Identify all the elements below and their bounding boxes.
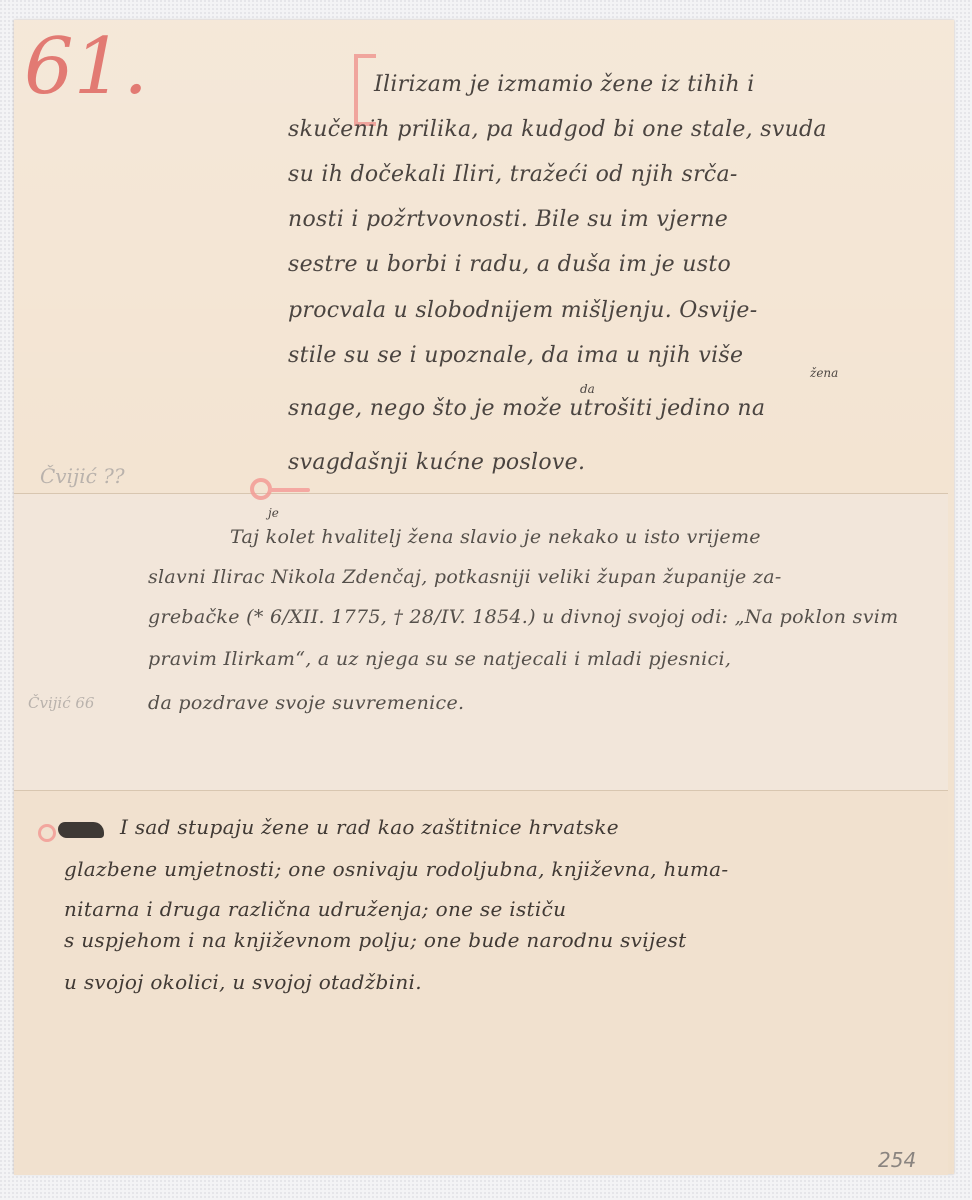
folio-number: 61. (24, 28, 148, 106)
text-line: snage, nego što je može utrošiti jedino … (288, 396, 765, 421)
red-circle-mark-lower (38, 824, 56, 842)
text-line: glazbene umjetnosti; one osnivaju rodolj… (64, 857, 728, 881)
pencil-margin-note-lower: Čvijić 66 (28, 694, 94, 712)
red-circle-tail (268, 488, 310, 492)
text-line: da pozdrave svoje suvremenice. (148, 692, 464, 714)
insertion-je: je (268, 506, 279, 520)
text-line: su ih dočekali Iliri, tražeći od njih sr… (288, 162, 738, 187)
pencil-margin-note-upper: Čvijić ?? (40, 464, 125, 488)
text-line: nitarna i druga različna udruženja; one … (64, 897, 566, 921)
text-line: sestre u borbi i radu, a duša im je usto (288, 252, 731, 277)
text-line: u svojoj okolici, u svojoj otadžbini. (64, 970, 422, 994)
manuscript-sheet (14, 20, 954, 1174)
text-line: procvala u slobodnijem mišljenju. Osvije… (288, 298, 757, 323)
insertion-da: da (580, 382, 595, 396)
text-line: stile su se i upoznale, da ima u njih vi… (288, 343, 743, 368)
text-line: nosti i požrtvovnosti. Bile su im vjerne (288, 207, 728, 232)
text-line: s uspjehom i na književnom polju; one bu… (64, 928, 687, 952)
text-line: svagdašnji kućne poslove. (288, 450, 585, 475)
text-line: slavni Ilirac Nikola Zdenčaj, potkasniji… (148, 566, 782, 588)
page-number: 254 (878, 1148, 916, 1172)
text-line: I sad stupaju ženе u rad kao zaštitnice … (120, 815, 619, 839)
text-line: pravim Ilirkam“, a uz njega su se natjec… (148, 648, 731, 670)
insertion-zena: žena (810, 366, 838, 380)
text-line: Taj kolet hvalitelj žena slavio je nekak… (230, 526, 761, 548)
red-bracket-mark (354, 54, 376, 126)
ink-blot (58, 822, 104, 838)
text-line: skučenih prilika, pa kudgod bi one stale… (288, 117, 827, 142)
text-line: Ilirizam je izmamio žene iz tihih i (374, 72, 755, 97)
text-line: grebačke (* 6/XII. 1775, † 28/IV. 1854.)… (148, 606, 898, 628)
